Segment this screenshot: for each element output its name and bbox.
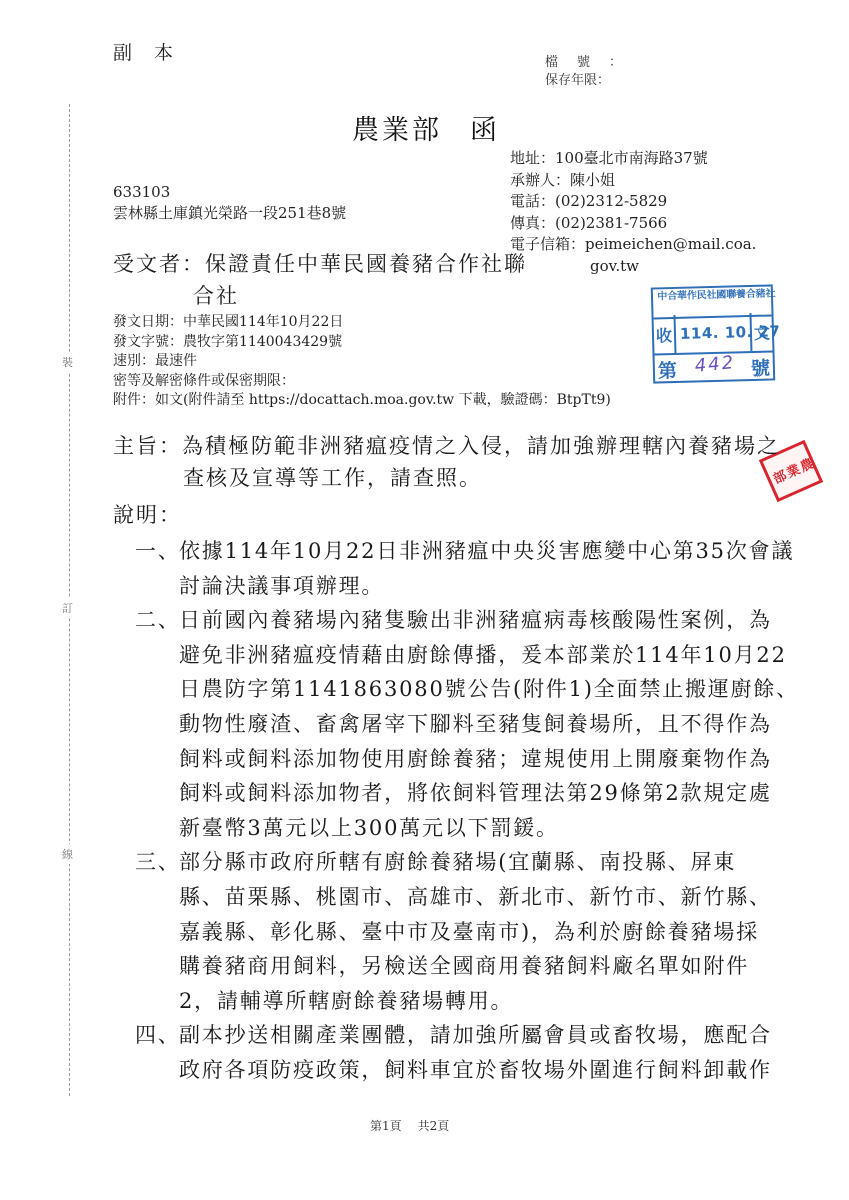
file-number-label: 檔號： (545, 54, 641, 72)
item-line: 日前國內養豬場內豬隻驗出非洲豬瘟病毒核酸陽性案例，為 (135, 603, 795, 638)
recipient-line-1: 受文者：保證責任中華民國養豬合作社聯 (113, 248, 527, 280)
page-total: 共2頁 (418, 1119, 450, 1133)
sender-info: 地址：100臺北市南海路37號 承辦人：陳小姐 電話：(02)2312-5829… (510, 148, 756, 277)
subject: 主旨：為積極防範非洲豬瘟疫情之入侵，請加強辦理轄內養豬場之 查核及宣導等工作，請… (113, 430, 780, 494)
document-number: 發文字號：農牧字第1140043429號 (113, 333, 611, 353)
document-meta: 發文日期：中華民國114年10月22日 發文字號：農牧字第1140043429號… (113, 313, 611, 411)
stamp-org-col: 民社 (696, 290, 708, 316)
document-title: 農業部函 (352, 108, 500, 147)
item-line: 部分縣市政府所轄有廚餘養豬場(宜蘭縣、南投縣、屏東 (135, 845, 795, 880)
sender-email-cont: gov.tw (510, 256, 756, 278)
document-type: 函 (470, 115, 500, 146)
sender-address: 地址：100臺北市南海路37號 (510, 148, 756, 170)
stamp-number-char: 號 (751, 354, 771, 381)
item-line: 飼料或飼料添加物者，將依飼料管理法第29條第2款規定處 (135, 776, 795, 811)
item-line: 嘉義縣、彰化縣、臺中市及臺南市)，為利於廚餘養豬場採 (135, 915, 795, 950)
item-line: 飼料或飼料添加物使用廚餘養豬；違規使用上開廢棄物作為 (135, 742, 795, 777)
receipt-stamp: 中合 華作 民社 國聯 養合 豬社 收 114. 10. 27 文 第 442 … (651, 284, 775, 383)
sender-phone: 電話：(02)2312-5829 (510, 191, 756, 213)
item-line: 副本抄送相關產業團體，請加強所屬會員或畜牧場，應配合 (135, 1018, 795, 1053)
explanation-item-3: 三、 部分縣市政府所轄有廚餘養豬場(宜蘭縣、南投縣、屏東 縣、苗栗縣、桃園市、高… (135, 845, 795, 1018)
page-footer: 第1頁共2頁 (370, 1117, 449, 1134)
postal-code: 633103 (113, 182, 346, 203)
sender-email: 電子信箱：peimeichen@mail.coa. (510, 234, 756, 256)
sender-contact: 承辦人：陳小姐 (510, 170, 756, 192)
item-number: 三、 (135, 845, 181, 880)
retention-label: 保存年限： (545, 72, 641, 90)
stamp-org-col: 養合 (736, 289, 748, 315)
seal-char: 農 (796, 456, 813, 473)
subject-line-1: 主旨：為積極防範非洲豬瘟疫情之入侵，請加強辦理轄內養豬場之 (113, 430, 780, 462)
item-line: 購養豬商用飼料，另檢送全國商用養豬飼料廠名單如附件 (135, 949, 795, 984)
recipient-address: 雲林縣土庫鎮光榮路一段251巷8號 (113, 203, 346, 224)
binding-label-staple: 訂 (62, 598, 73, 618)
item-line: 避免非洲豬瘟疫情藉由廚餘傳播，爰本部業於114年10月22 (135, 638, 795, 673)
item-line: 新臺幣3萬元以上300萬元以下罰鍰。 (135, 811, 795, 846)
explanation-item-1: 一、 依據114年10月22日非洲豬瘟中央災害應變中心第35次會議 討論決議事項… (135, 534, 795, 603)
recipient: 受文者：保證責任中華民國養豬合作社聯 合社 (113, 248, 527, 312)
binding-label-line: 線 (62, 844, 73, 864)
attachment-info: 附件：如文(附件請至 https://docattach.moa.gov.tw … (113, 391, 611, 411)
item-line: 政府各項防疫政策，飼料車宜於畜牧場外圍進行飼料卸載作 (135, 1053, 795, 1088)
file-meta: 檔號： 保存年限： (545, 54, 641, 90)
item-line: 討論決議事項辦理。 (135, 569, 795, 604)
stamp-receive-char: 收 (656, 323, 673, 346)
stamp-org-col: 豬社 (755, 289, 767, 315)
sender-fax: 傳真：(02)2381-7566 (510, 213, 756, 235)
item-line: 縣、苗栗縣、桃園市、高雄市、新北市、新竹市、新竹縣、 (135, 880, 795, 915)
issue-date: 發文日期：中華民國114年10月22日 (113, 313, 611, 333)
explanation-label: 說明： (113, 499, 182, 529)
item-line: 2，請輔導所轄廚餘養豬場轉用。 (135, 984, 795, 1019)
stamp-document-char: 文 (754, 321, 771, 344)
explanation-item-2: 二、 日前國內養豬場內豬隻驗出非洲豬瘟病毒核酸陽性案例，為 避免非洲豬瘟疫情藉由… (135, 603, 795, 845)
copy-mark: 副本 (113, 38, 195, 65)
item-line: 依據114年10月22日非洲豬瘟中央災害應變中心第35次會議 (135, 534, 795, 569)
explanation-items: 一、 依據114年10月22日非洲豬瘟中央災害應變中心第35次會議 討論決議事項… (135, 534, 795, 1088)
binding-label-bind: 裝 (62, 352, 73, 372)
page-current: 第1頁 (370, 1119, 402, 1133)
item-number: 一、 (135, 534, 181, 569)
stamp-org-col: 中合 (657, 291, 669, 317)
stamp-org-col: 華作 (677, 291, 689, 317)
recipient-address-block: 633103 雲林縣土庫鎮光榮路一段251巷8號 (113, 182, 346, 224)
item-number: 四、 (135, 1018, 181, 1053)
subject-line-2: 查核及宣導等工作，請查照。 (113, 462, 780, 494)
item-number: 二、 (135, 603, 181, 638)
recipient-line-2: 合社 (113, 280, 527, 312)
priority: 速別：最速件 (113, 352, 611, 372)
explanation-item-4: 四、 副本抄送相關產業團體，請加強所屬會員或畜牧場，應配合 政府各項防疫政策，飼… (135, 1018, 795, 1087)
stamp-org-col: 國聯 (716, 290, 728, 316)
item-line: 日農防字第1141863080號公告(附件1)全面禁止搬運廚餘、 (135, 672, 795, 707)
item-line: 動物性廢渣、畜禽屠宰下腳料至豬隻飼養場所，且不得作為 (135, 707, 795, 742)
stamp-handwritten-number: 442 (694, 352, 736, 377)
issuing-agency: 農業部 (352, 115, 442, 146)
stamp-ordinal-char: 第 (658, 356, 678, 383)
confidentiality: 密等及解密條件或保密期限： (113, 372, 611, 392)
